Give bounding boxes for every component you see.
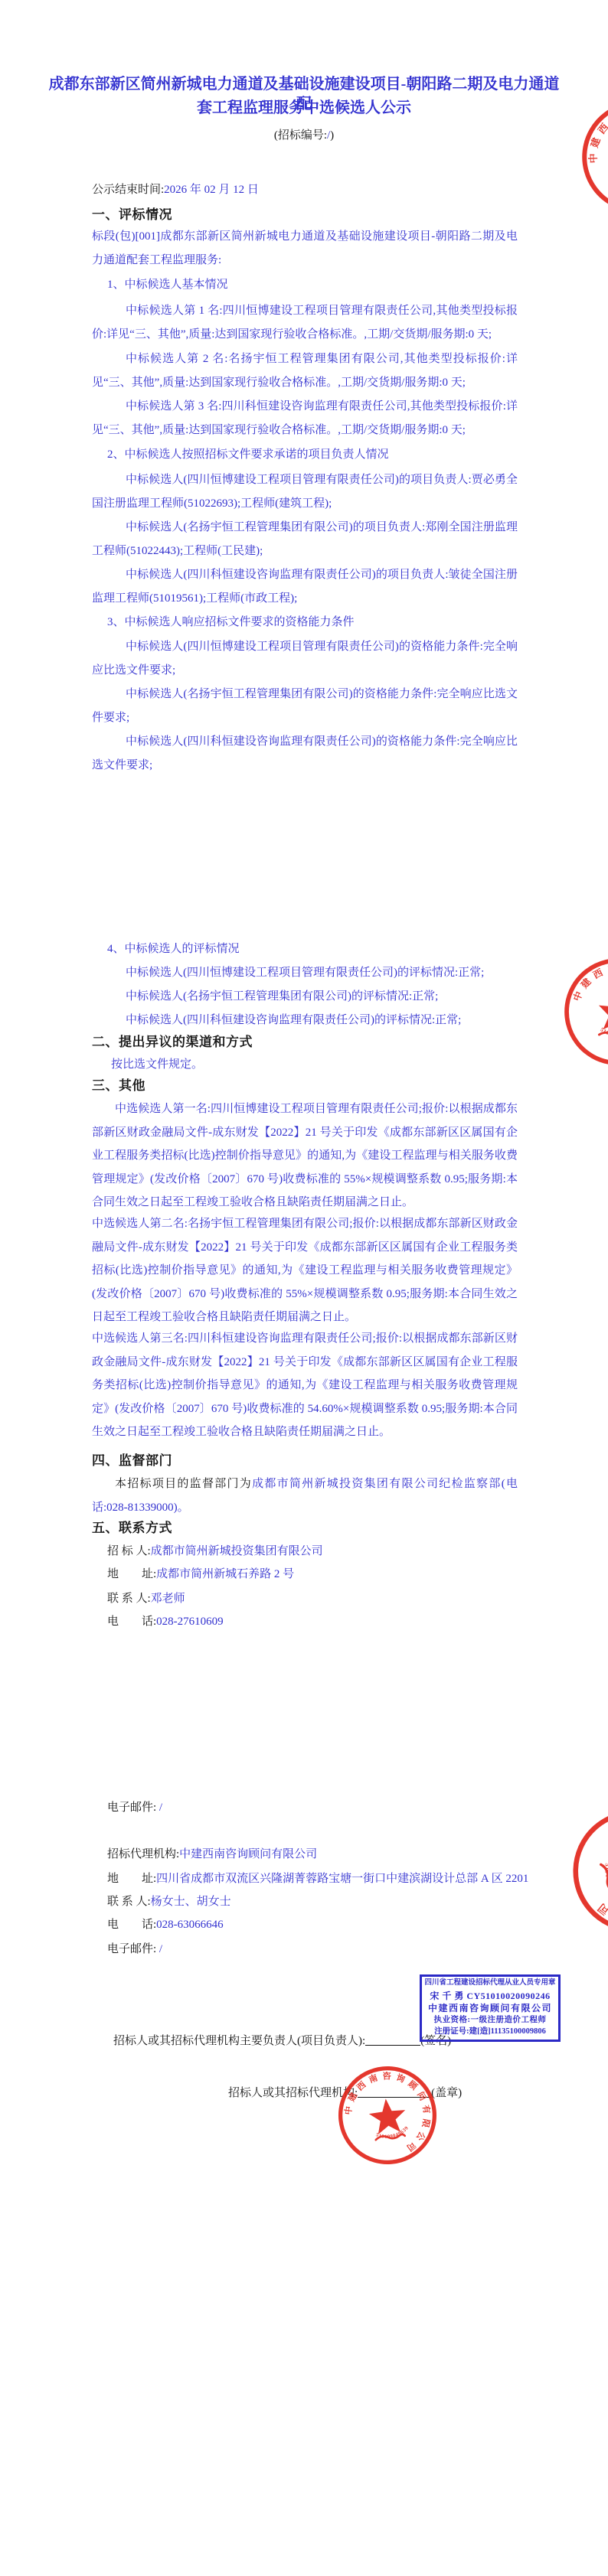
text-run: 中标候选人(名扬宇恒工程管理集团有限公司)的项目负责人:郑刚全国注册监理工程师(… [92, 521, 518, 557]
text-run: 中建西南咨询顾问有限公司 [179, 1848, 317, 1860]
text-run: / [156, 1943, 162, 1955]
text-run: 二、提出异议的渠道和方式 [92, 1035, 253, 1049]
text-run: / [156, 1802, 162, 1814]
section-heading-3: 三、其他 [92, 1074, 145, 1098]
para-candidate-1: 中标候选人第 1 名:四川恒博建设工程项目管理有限责任公司,其他类型投标报价:详… [92, 299, 518, 346]
seal-star-icon [368, 2097, 407, 2135]
bid-number-line: (招标编号:/) [46, 124, 562, 148]
text-run: 地 址: [107, 1873, 156, 1885]
text-run: 028-27610609 [156, 1616, 224, 1628]
para-lot-description: 标段(包)[001]成都东部新区简州新城电力通道及基础设施建设项目-朝阳路二期及… [92, 225, 518, 272]
personnel-stamp-line: 注册证号:建[造]11135100009806 [423, 2028, 557, 2036]
text-run: 1、中标候选人基本情况 [107, 279, 228, 291]
text-run: 中标候选人第 1 名:四川恒博建设工程项目管理有限责任公司,其他类型投标报价:详… [92, 305, 518, 341]
text-run: 中选候选人第一名:四川恒博建设工程项目管理有限责任公司;报价:以根据成都东部新区… [92, 1103, 518, 1208]
para-candidate-3: 中标候选人第 3 名:四川科恒建设咨询监理有限责任公司,其他类型投标报价:详见“… [92, 395, 518, 442]
text-run: 五、联系方式 [92, 1521, 172, 1535]
text-run: 4、中标候选人的评标情况 [107, 943, 240, 955]
para-qual-1: 中标候选人(四川恒博建设工程项目管理有限责任公司)的资格能力条件:完全响应比选文… [92, 635, 518, 682]
agent-personnel-stamp: 四川省工程建设招标代理从业人员专用章 宋 千 勇 CY5101002009024… [420, 1974, 561, 2042]
row-address-1: 地 址:成都市简州新城石养路 2 号 [107, 1563, 533, 1586]
text-run: 联 系 人: [107, 1593, 151, 1605]
text-run: 中标候选人(四川科恒建设咨询监理有限责任公司)的项目负责人:皱徒全国注册监理工程… [92, 569, 518, 605]
text-run: 2、中标候选人按照招标文件要求承诺的项目负责人情况 [107, 448, 389, 461]
text-run: 电 话: [107, 1919, 156, 1931]
para-qual-3: 中标候选人(四川科恒建设咨询监理有限责任公司)的资格能力条件:完全响应比选文件要… [92, 730, 518, 777]
personnel-stamp-line: 执业资格:一级注册造价工程师 [423, 2017, 557, 2025]
section-heading-4: 四、监督部门 [92, 1449, 172, 1473]
personnel-stamp-line: 中建西南咨询顾问有限公司 [423, 2004, 557, 2013]
para-pm-3: 中标候选人(四川科恒建设咨询监理有限责任公司)的项目负责人:皱徒全国注册监理工程… [92, 563, 518, 610]
text-run: 套工程监理服务中选候选人公示 [197, 99, 411, 116]
text-run: 028-63066646 [156, 1919, 224, 1931]
para-candidate-2: 中标候选人第 2 名:名扬宇恒工程管理集团有限公司,其他类型投标报价:详见“三、… [92, 347, 518, 394]
row-email-2: 电子邮件: / [107, 1938, 533, 1961]
row-agency: 招标代理机构:中建西南咨询顾问有限公司 [107, 1843, 533, 1867]
text-run: 中标候选人(四川恒博建设工程项目管理有限责任公司)的资格能力条件:完全响应比选文… [92, 641, 518, 677]
text-run: 联 系 人: [107, 1896, 151, 1908]
para-eval-1: 中标候选人(四川恒博建设工程项目管理有限责任公司)的评标情况:正常; [92, 961, 518, 985]
para-pm-1: 中标候选人(四川恒博建设工程项目管理有限责任公司)的项目负责人:贾必勇全国注册监… [92, 468, 518, 515]
text-run: 中标候选人(四川恒博建设工程项目管理有限责任公司)的评标情况:正常; [126, 967, 484, 979]
para-pm-2: 中标候选人(名扬宇恒工程管理集团有限公司)的项目负责人:郑刚全国注册监理工程师(… [92, 516, 518, 562]
text-run: 按比选文件规定。 [111, 1058, 203, 1071]
section-heading-1: 一、评标情况 [92, 204, 172, 227]
text-run: 杨女士、胡女士 [151, 1896, 231, 1908]
sub-heading-1-1: 1、中标候选人基本情况 [107, 273, 533, 297]
company-seal-page3: 中建西南咨询顾问有限公司510109049639 [554, 1791, 608, 1952]
fill-in-blank [365, 2033, 420, 2046]
text-run: (招标编号: [274, 129, 327, 142]
publicity-end-time: 公示结束时间:2026 年 02 月 12 日 [92, 178, 518, 202]
text-run: 中标候选人第 2 名:名扬宇恒工程管理集团有限公司,其他类型投标报价:详见“三、… [92, 353, 518, 389]
text-run: 3、中标候选人响应招标文件要求的资格能力条件 [107, 616, 355, 628]
sub-heading-1-3: 3、中标候选人响应招标文件要求的资格能力条件 [107, 611, 533, 634]
text-run: 电子邮件: [107, 1943, 156, 1955]
text-run: 中选候选人第三名:四川科恒建设咨询监理有限责任公司;报价:以根据成都东部新区财政… [92, 1332, 518, 1438]
personnel-stamp-line: 宋 千 勇 CY51010020090246 [423, 1991, 557, 2000]
text-run: 地 址: [107, 1568, 156, 1580]
text-run: 一、评标情况 [92, 207, 172, 222]
row-phone-2: 电 话:028-63066646 [107, 1913, 533, 1937]
text-run: 招 标 人: [107, 1545, 151, 1557]
section-heading-2: 二、提出异议的渠道和方式 [92, 1031, 253, 1055]
personnel-stamp-line: 四川省工程建设招标代理从业人员专用章 [423, 1980, 557, 1987]
text-run: 四、监督部门 [92, 1453, 172, 1468]
sub-heading-1-2: 2、中标候选人按照招标文件要求承诺的项目负责人情况 [107, 443, 533, 467]
text-run: 中标候选人(四川科恒建设咨询监理有限责任公司)的评标情况:正常; [126, 1014, 461, 1026]
text-run: 成都市简州新城投资集团有限公司 [151, 1545, 323, 1557]
para-objection: 按比选文件规定。 [111, 1053, 537, 1077]
text-run: 标段(包)[001]成都东部新区简州新城电力通道及基础设施建设项目-朝阳路二期及… [92, 230, 518, 266]
company-seal-page2: 中建西南咨询顾问有限公司510109049639 [556, 950, 608, 1074]
text-run: ) [330, 129, 334, 142]
svg-text:510109049639: 510109049639 [600, 1859, 608, 1905]
row-tenderer: 招 标 人:成都市简州新城投资集团有限公司 [107, 1540, 533, 1564]
para-qual-2: 中标候选人(名扬宇恒工程管理集团有限公司)的资格能力条件:完全响应比选文件要求; [92, 683, 518, 729]
text-run: 中标候选人(名扬宇恒工程管理集团有限公司)的资格能力条件:完全响应比选文件要求; [92, 688, 518, 724]
text-run: 中选候选人第二名:名扬宇恒工程管理集团有限公司;报价:以根据成都东部新区财政金融… [92, 1218, 518, 1323]
sub-heading-1-4: 4、中标候选人的评标情况 [107, 937, 533, 961]
document-title-line-2: 套工程监理服务中选候选人公示 [46, 98, 562, 118]
text-run: 邓老师 [151, 1593, 185, 1605]
row-contact-2: 联 系 人:杨女士、胡女士 [107, 1890, 533, 1914]
text-run: 中标候选人(名扬宇恒工程管理集团有限公司)的评标情况:正常; [126, 990, 438, 1003]
row-contact-1: 联 系 人:邓老师 [107, 1587, 533, 1611]
text-run: 2026 年 02 月 12 日 [164, 184, 259, 196]
text-run: 成都市简州新城石养路 2 号 [156, 1568, 294, 1580]
company-seal-page1: 中建西南咨询顾问有限公司510109049639 [567, 86, 608, 227]
text-run: 三、其他 [92, 1078, 145, 1093]
row-address-2: 地 址:四川省成都市双流区兴隆湖菁蓉路宝塘一街口中建滨湖设计总部 A 区 220… [107, 1867, 533, 1891]
para-winner-3: 中选候选人第三名:四川科恒建设咨询监理有限责任公司;报价:以根据成都东部新区财政… [92, 1327, 518, 1444]
text-run: 招标人或其招标代理机构主要负责人(项目负责人): [113, 2035, 365, 2047]
row-email-1: 电子邮件: / [107, 1796, 533, 1820]
seal-star-icon [596, 991, 608, 1034]
para-winner-2: 中选候选人第二名:名扬宇恒工程管理集团有限公司;报价:以根据成都东部新区财政金融… [92, 1212, 518, 1329]
text-run: 中标候选人第 3 名:四川科恒建设咨询监理有限责任公司,其他类型投标报价:详见“… [92, 400, 518, 436]
text-run: 中标候选人(四川恒博建设工程项目管理有限责任公司)的项目负责人:贾必勇全国注册监… [92, 474, 518, 510]
tender-publicity-document: 四川省工程建设招标代理从业人员专用章 宋 千 勇 CY5101002009024… [0, 0, 608, 2576]
text-run: 电 话: [107, 1616, 156, 1628]
para-eval-3: 中标候选人(四川科恒建设咨询监理有限责任公司)的评标情况:正常; [92, 1009, 518, 1032]
seal-registration-number: 510109049639 [600, 1859, 608, 1905]
para-eval-2: 中标候选人(名扬宇恒工程管理集团有限公司)的评标情况:正常; [92, 985, 518, 1009]
para-supervision: 本招标项目的监督部门为成都市简州新城投资集团有限公司纪检监察部(电话:028-8… [92, 1472, 518, 1519]
para-winner-1: 中选候选人第一名:四川恒博建设工程项目管理有限责任公司;报价:以根据成都东部新区… [92, 1097, 518, 1215]
text-run: 中标候选人(四川科恒建设咨询监理有限责任公司)的资格能力条件:完全响应比选文件要… [92, 735, 518, 771]
text-run: 四川省成都市双流区兴隆湖菁蓉路宝塘一街口中建滨湖设计总部 A 区 2201 [156, 1873, 528, 1885]
section-heading-5: 五、联系方式 [92, 1517, 172, 1541]
text-run: 本招标项目的监督部门为 [115, 1478, 252, 1490]
row-phone-1: 电 话:028-27610609 [107, 1610, 533, 1634]
text-run: 公示结束时间: [92, 184, 164, 196]
text-run: 电子邮件: [107, 1802, 156, 1814]
text-run: 招标代理机构: [107, 1848, 179, 1860]
company-seal-main: 中建西南咨询顾问有限公司510109049639 [332, 2059, 443, 2170]
